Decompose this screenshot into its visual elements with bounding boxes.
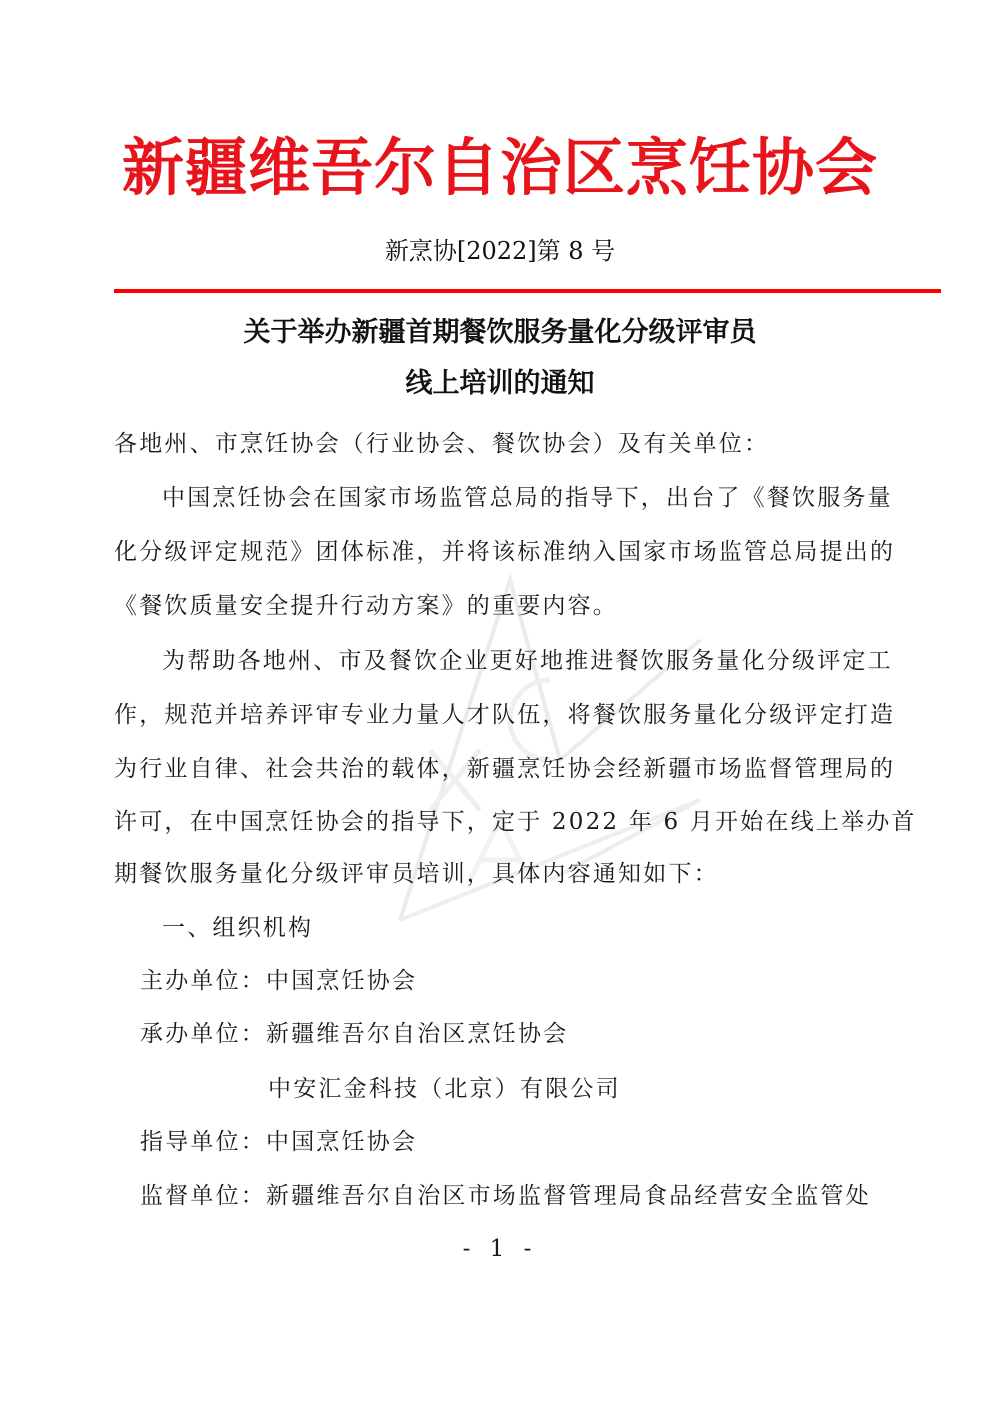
organization-header: 新疆维吾尔自治区烹饪协会 <box>0 128 1000 208</box>
paragraph-2-line-3: 为行业自律、社会共治的载体，新疆烹饪协会经新疆市场监督管理局的 <box>114 751 894 787</box>
paragraph-2-line-4: 许可，在中国烹饪协会的指导下，定于 2022 年 6 月开始在线上举办首 <box>114 804 894 840</box>
host-label: 承办单位： <box>140 1021 266 1047</box>
supervision-row: 监督单位：新疆维吾尔自治区市场监督管理局食品经营安全监管处 <box>140 1178 871 1214</box>
document-page: 新疆维吾尔自治区烹饪协会 新烹协[2022]第 8 号 关于举办新疆首期餐饮服务… <box>0 0 1000 1414</box>
guidance-row: 指导单位：中国烹饪协会 <box>140 1124 417 1160</box>
host-continuation: 中安汇金科技（北京）有限公司 <box>268 1071 621 1107</box>
guidance-label: 指导单位： <box>140 1129 266 1155</box>
paragraph-2-line-2: 作，规范并培养评审专业力量人才队伍，将餐饮服务量化分级评定打造 <box>114 697 894 733</box>
paragraph-1-line-1: 中国烹饪协会在国家市场监管总局的指导下，出台了《餐饮服务量 <box>162 480 942 516</box>
host-row: 承办单位：新疆维吾尔自治区烹饪协会 <box>140 1016 568 1052</box>
notice-title-line-1: 关于举办新疆首期餐饮服务量化分级评审员 <box>0 313 1000 353</box>
salutation: 各地州、市烹饪协会（行业协会、餐饮协会）及有关单位： <box>114 426 894 462</box>
page-number: - 1 - <box>0 1232 1000 1266</box>
organizer-label: 主办单位： <box>140 968 266 994</box>
notice-title-line-2: 线上培训的通知 <box>0 364 1000 404</box>
supervision-value: 新疆维吾尔自治区市场监督管理局食品经营安全监管处 <box>266 1178 871 1214</box>
document-number: 新烹协[2022]第 8 号 <box>0 234 1000 268</box>
host-value: 新疆维吾尔自治区烹饪协会 <box>266 1016 568 1052</box>
paragraph-1-line-3: 《餐饮质量安全提升行动方案》的重要内容。 <box>114 588 894 624</box>
section-1-heading: 一、组织机构 <box>162 910 942 946</box>
supervision-label: 监督单位： <box>140 1183 266 1209</box>
paragraph-2-line-1: 为帮助各地州、市及餐饮企业更好地推进餐饮服务量化分级评定工 <box>162 643 942 679</box>
organizer-value: 中国烹饪协会 <box>266 963 417 999</box>
paragraph-2-line-5: 期餐饮服务量化分级评审员培训，具体内容通知如下： <box>114 856 894 892</box>
organizer-row: 主办单位：中国烹饪协会 <box>140 963 417 999</box>
guidance-value: 中国烹饪协会 <box>266 1124 417 1160</box>
red-divider-rule <box>114 289 941 293</box>
paragraph-1-line-2: 化分级评定规范》团体标准，并将该标准纳入国家市场监管总局提出的 <box>114 534 894 570</box>
